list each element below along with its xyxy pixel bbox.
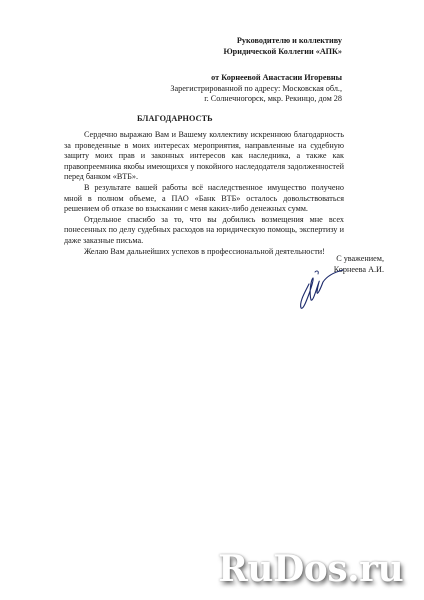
paragraph: Желаю Вам дальнейших успехов в профессио…	[64, 247, 344, 258]
recipient-block: Руководителю и коллективу Юридической Ко…	[223, 36, 342, 57]
sender-address-line-1: Зарегистрированной по адресу: Московская…	[170, 84, 342, 95]
paragraph: Отдельное спасибо за то, что вы добились…	[64, 215, 344, 247]
paragraph: Сердечно выражаю Вам и Вашему коллективу…	[64, 130, 344, 183]
recipient-line-2: Юридической Коллегии «АПК»	[223, 47, 342, 58]
sender-block: от Корнеевой Анастасии Игоревны Зарегист…	[170, 73, 342, 105]
sender-name: от Корнеевой Анастасии Игоревны	[170, 73, 342, 84]
watermark-logo: RuDos.ru	[218, 548, 403, 590]
handwritten-signature-icon	[295, 262, 345, 312]
document-title: БЛАГОДАРНОСТЬ	[137, 114, 213, 123]
sender-address-line-2: г. Солнечногорск, мкр. Рекинцо, дом 28	[170, 94, 342, 105]
recipient-line-1: Руководителю и коллективу	[223, 36, 342, 47]
letter-body: Сердечно выражаю Вам и Вашему коллективу…	[64, 130, 344, 257]
paragraph: В результате вашей работы всё наследстве…	[64, 183, 344, 215]
letter-page: Руководителю и коллективу Юридической Ко…	[0, 0, 424, 600]
